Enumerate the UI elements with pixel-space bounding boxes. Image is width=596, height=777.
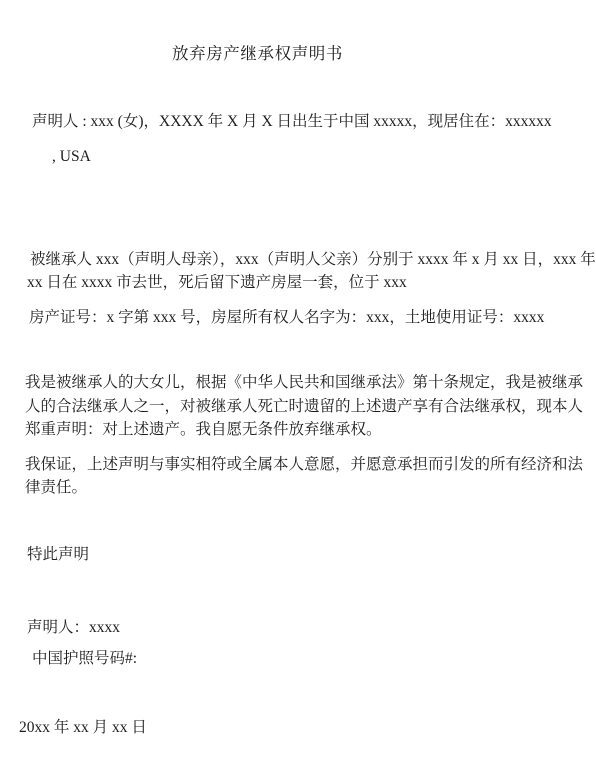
passport-number-line: 中国护照号码#: — [32, 649, 137, 668]
declarant-line-1: 声明人 : xxx (女)，XXXX 年 X 月 X 日出生于中国 xxxxx，… — [32, 112, 552, 131]
document-title: 放弃房产继承权声明书 — [172, 44, 343, 64]
document-page: 放弃房产继承权声明书 声明人 : xxx (女)，XXXX 年 X 月 X 日出… — [0, 0, 596, 777]
inheritance-declaration-line-2: 人的合法继承人之一，对被继承人死亡时遗留的上述遗产享有合法继承权，现本人 — [25, 397, 583, 416]
guarantee-line-1: 我保证，上述声明与事实相符或全属本人意愿，并愿意承担而引发的所有经济和法 — [25, 455, 583, 474]
guarantee-line-2: 律责任。 — [25, 478, 87, 497]
inheritance-declaration-line-3: 郑重声明：对上述遗产。我自愿无条件放弃继承权。 — [25, 420, 382, 439]
decedent-line-1: 被继承人 xxx（声明人母亲），xxx（声明人父亲）分别于 xxxx 年 x 月… — [30, 250, 596, 269]
property-cert-line: 房产证号：x 字第 xxx 号，房屋所有权人名字为：xxx，土地使用证号：xxx… — [29, 308, 544, 327]
inheritance-declaration-line-1: 我是被继承人的大女儿，根据《中华人民共和国继承法》第十条规定，我是被继承 — [25, 373, 583, 392]
decedent-line-2: xx 日在 xxxx 市去世，死后留下遗产房屋一套，位于 xxx — [27, 273, 407, 292]
declarant-line-2: , USA — [52, 147, 91, 166]
signature-line: 声明人：xxxx — [27, 618, 120, 637]
date-line: 20xx 年 xx 月 xx 日 — [19, 718, 147, 737]
closing-statement: 特此声明 — [27, 545, 89, 564]
